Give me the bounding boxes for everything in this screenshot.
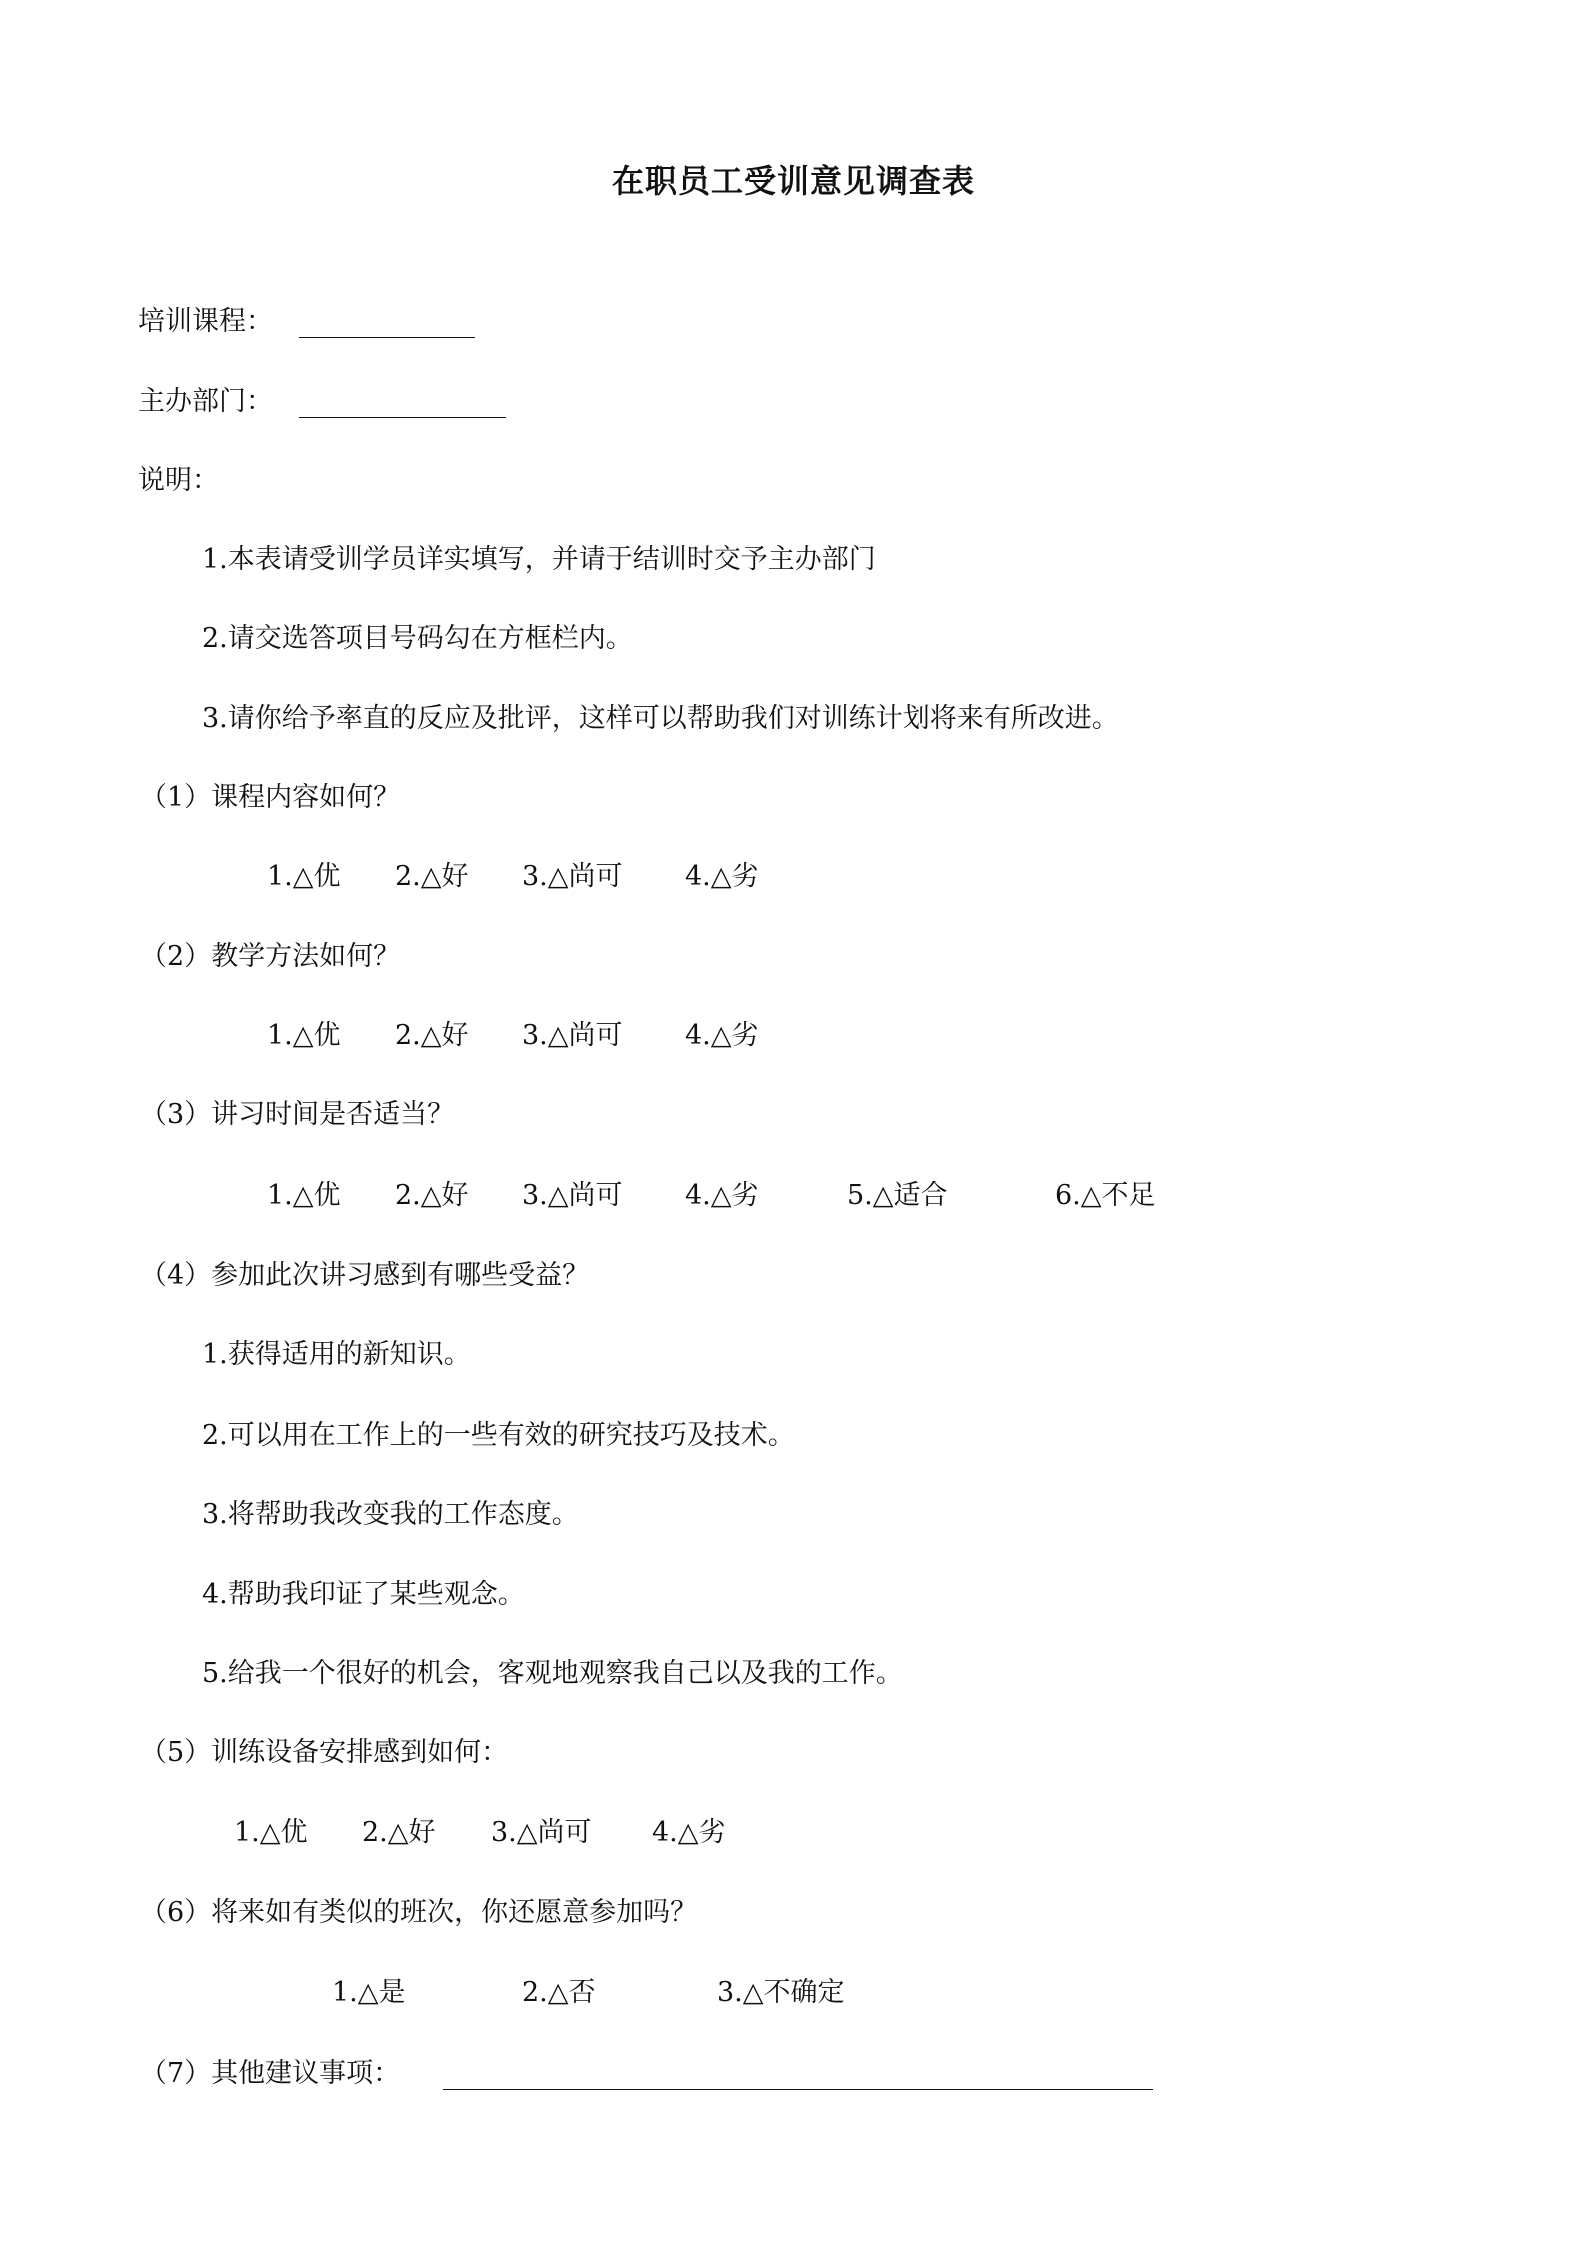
q5-option-3[interactable]: 3.△尚可 [491,1816,592,1850]
q4-option-5[interactable]: 5.给我一个很好的机会，客观地观察我自己以及我的工作。 [202,1657,903,1691]
q3-option-4[interactable]: 4.△劣 [685,1179,759,1213]
instruction-item: 3.请你给予率直的反应及批评，这样可以帮助我们对训练计划将来有所改进。 [202,702,1119,736]
q5-option-2[interactable]: 2.△好 [362,1816,436,1850]
instruction-item: 1.本表请受训学员详实填写，并请于结训时交予主办部门 [202,543,876,577]
q3-option-6[interactable]: 6.△不足 [1055,1179,1156,1213]
q1-option-3[interactable]: 3.△尚可 [522,860,623,894]
course-blank-line[interactable] [299,337,475,338]
q5-option-4[interactable]: 4.△劣 [652,1816,726,1850]
question-4-label: （4）参加此次讲习感到有哪些受益？ [140,1259,589,1293]
q4-option-1[interactable]: 1.获得适用的新知识。 [202,1338,471,1372]
q3-option-1[interactable]: 1.△优 [267,1179,341,1213]
department-label: 主办部门： [138,385,273,419]
course-label: 培训课程： [138,305,273,339]
instructions-heading: 说明： [138,464,219,498]
q3-option-5[interactable]: 5.△适合 [847,1179,948,1213]
q1-option-2[interactable]: 2.△好 [395,860,469,894]
suggestions-blank-line[interactable] [443,2089,1153,2090]
q6-option-2[interactable]: 2.△否 [522,1976,596,2010]
question-5-label: （5）训练设备安排感到如何： [140,1736,508,1770]
q4-option-3[interactable]: 3.将帮助我改变我的工作态度。 [202,1498,579,1532]
q6-option-3[interactable]: 3.△不确定 [717,1976,845,2010]
q2-option-3[interactable]: 3.△尚可 [522,1019,623,1053]
question-7-label: （7）其他建议事项： [140,2057,400,2091]
q2-option-2[interactable]: 2.△好 [395,1019,469,1053]
page-title: 在职员工受训意见调查表 [0,162,1587,200]
q5-option-1[interactable]: 1.△优 [234,1816,308,1850]
q3-option-3[interactable]: 3.△尚可 [522,1179,623,1213]
instruction-item: 2.请交选答项目号码勾在方框栏内。 [202,622,633,656]
q2-option-1[interactable]: 1.△优 [267,1019,341,1053]
q4-option-2[interactable]: 2.可以用在工作上的一些有效的研究技巧及技术。 [202,1419,795,1453]
q4-option-4[interactable]: 4.帮助我印证了某些观念。 [202,1578,525,1612]
department-blank-line[interactable] [299,417,506,418]
q1-option-4[interactable]: 4.△劣 [685,860,759,894]
question-3-label: （3）讲习时间是否适当？ [140,1098,454,1132]
q3-option-2[interactable]: 2.△好 [395,1179,469,1213]
question-1-label: （1）课程内容如何？ [140,781,400,815]
q2-option-4[interactable]: 4.△劣 [685,1019,759,1053]
question-2-label: （2）教学方法如何？ [140,940,400,974]
q6-option-1[interactable]: 1.△是 [332,1976,406,2010]
question-6-label: （6）将来如有类似的班次，你还愿意参加吗？ [140,1896,697,1930]
q1-option-1[interactable]: 1.△优 [267,860,341,894]
